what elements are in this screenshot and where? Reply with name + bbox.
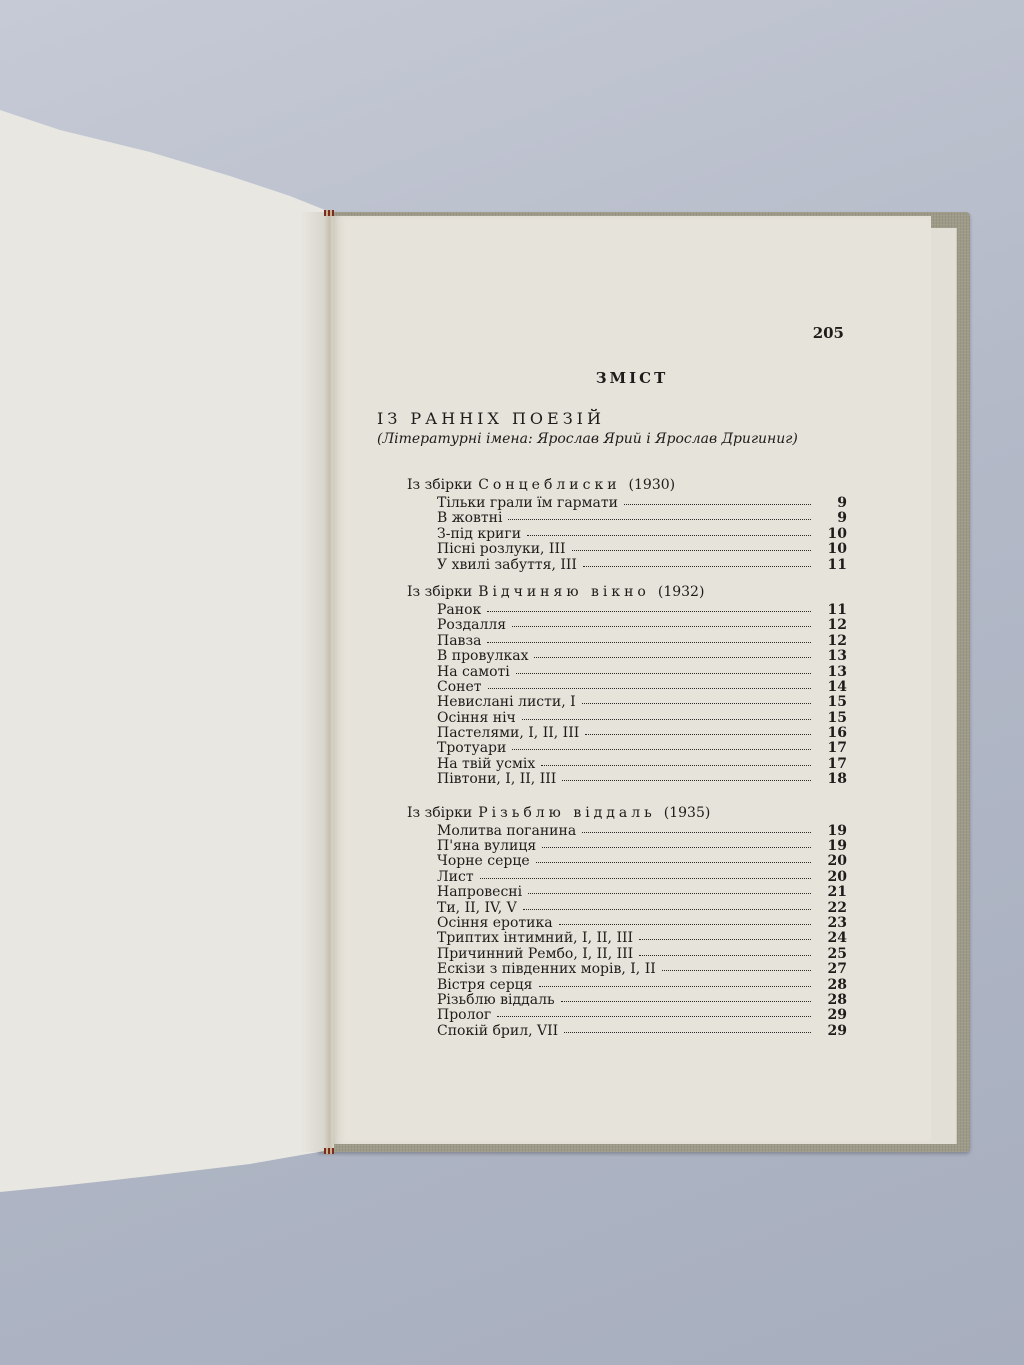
dot-leader — [624, 504, 811, 505]
entry-page-number: 29 — [825, 1024, 847, 1039]
dot-leader — [488, 688, 811, 689]
toc-entry[interactable]: Вістря серця 28 — [437, 978, 847, 993]
toc-entry[interactable]: В провулках 13 — [437, 649, 847, 664]
collection-name: Сонцеблиски — [478, 477, 620, 493]
entry-title: Тротуари — [437, 741, 512, 756]
entry-page-number: 27 — [825, 962, 847, 977]
entry-title: В провулках — [437, 649, 534, 664]
dot-leader — [562, 780, 811, 781]
entry-page-number: 15 — [825, 711, 847, 726]
entry-page-number: 16 — [825, 726, 847, 741]
toc-entry[interactable]: Роздалля 12 — [437, 618, 847, 633]
headband-bottom — [324, 1148, 334, 1154]
entry-title: Осіння ніч — [437, 711, 522, 726]
entry-page-number: 24 — [825, 931, 847, 946]
toc-body: Із збіркиСонцеблиски(1930) Тільки грали … — [407, 466, 847, 1045]
toc-entry[interactable]: Чорне серце 20 — [437, 854, 847, 869]
entry-title: Триптих інтимний, I, II, III — [437, 931, 639, 946]
toc-entry[interactable]: На самоті 13 — [437, 665, 847, 680]
entry-title: Роздалля — [437, 618, 512, 633]
toc-entry[interactable]: П'яна вулиця 19 — [437, 839, 847, 854]
entry-page-number: 21 — [825, 885, 847, 900]
page-number: 205 — [813, 324, 844, 342]
dot-leader — [639, 955, 811, 956]
toc-entry[interactable]: Лист 20 — [437, 870, 847, 885]
toc-entry[interactable]: Спокій брил, VII 29 — [437, 1024, 847, 1039]
entry-list: Ранок 11 Роздалля 12 Павза 12 В провулка… — [407, 603, 847, 788]
entry-page-number: 17 — [825, 741, 847, 756]
entry-page-number: 13 — [825, 649, 847, 664]
toc-entry[interactable]: У хвилі забуття, III 11 — [437, 558, 847, 573]
collection-prefix: Із збірки — [407, 584, 472, 600]
entry-title: П'яна вулиця — [437, 839, 542, 854]
toc-entry[interactable]: Напровесні 21 — [437, 885, 847, 900]
dot-leader — [534, 657, 811, 658]
dot-leader — [512, 626, 811, 627]
dot-leader — [542, 847, 811, 848]
entry-page-number: 29 — [825, 1008, 847, 1023]
dot-leader — [487, 611, 811, 612]
dot-leader — [487, 642, 811, 643]
dot-leader — [522, 719, 811, 720]
dot-leader — [585, 734, 811, 735]
collection-name: Відчиняю вікно — [478, 584, 650, 600]
entry-title: Ескізи з південних морів, I, II — [437, 962, 662, 977]
collection-name: Різьблю віддаль — [478, 805, 656, 821]
entry-title: Ти, II, IV, V — [437, 901, 523, 916]
toc-entry[interactable]: Молитва поганина 19 — [437, 824, 847, 839]
toc-entry[interactable]: Різьблю віддаль 28 — [437, 993, 847, 1008]
dot-leader — [582, 703, 811, 704]
collection-prefix: Із збірки — [407, 477, 472, 493]
dot-leader — [583, 566, 811, 567]
collection-year: (1935) — [664, 805, 711, 821]
dot-leader — [536, 862, 811, 863]
toc-entry[interactable]: Ранок 11 — [437, 603, 847, 618]
toc-entry[interactable]: Триптих інтимний, I, II, III 24 — [437, 931, 847, 946]
collection-heading: Із збіркиСонцеблиски(1930) — [407, 474, 847, 496]
entry-title: Різьблю віддаль — [437, 993, 561, 1008]
collection-heading: Із збіркиВідчиняю вікно(1932) — [407, 581, 847, 603]
dot-leader — [561, 1001, 811, 1002]
dot-leader — [559, 924, 811, 925]
dot-leader — [572, 550, 811, 551]
entry-page-number: 10 — [825, 527, 847, 542]
collection-year: (1930) — [629, 477, 676, 493]
entry-page-number: 11 — [825, 603, 847, 618]
collection-section: Із збіркиВідчиняю вікно(1932) Ранок 11 Р… — [407, 581, 847, 788]
toc-entry[interactable]: Осіння ніч 15 — [437, 711, 847, 726]
toc-entry[interactable]: Сонет 14 — [437, 680, 847, 695]
entry-page-number: 13 — [825, 665, 847, 680]
entry-title: Чорне серце — [437, 854, 536, 869]
collection-section: Із збіркиСонцеблиски(1930) Тільки грали … — [407, 474, 847, 573]
entry-title: На твій усміх — [437, 757, 541, 772]
entry-title: Напровесні — [437, 885, 528, 900]
entry-page-number: 17 — [825, 757, 847, 772]
entry-page-number: 10 — [825, 542, 847, 557]
entry-page-number: 20 — [825, 870, 847, 885]
entry-title: З-під криги — [437, 527, 527, 542]
part-subtitle: (Літературні імена: Ярослав Ярий і Яросл… — [377, 431, 798, 447]
entry-list: Молитва поганина 19 П'яна вулиця 19 Чорн… — [407, 824, 847, 1039]
toc-entry[interactable]: Пісні розлуки, III 10 — [437, 542, 847, 557]
entry-page-number: 19 — [825, 824, 847, 839]
entry-page-number: 18 — [825, 772, 847, 787]
entry-page-number: 22 — [825, 901, 847, 916]
entry-page-number: 20 — [825, 854, 847, 869]
toc-entry[interactable]: Ти, II, IV, V 22 — [437, 901, 847, 916]
toc-entry[interactable]: Осіння еротика 23 — [437, 916, 847, 931]
entry-title: Вістря серця — [437, 978, 539, 993]
entry-page-number: 23 — [825, 916, 847, 931]
entry-page-number: 25 — [825, 947, 847, 962]
toc-entry[interactable]: Тільки грали їм гармати 9 — [437, 496, 847, 511]
collection-year: (1932) — [658, 584, 705, 600]
toc-entry[interactable]: Невислані листи, I 15 — [437, 695, 847, 710]
dot-leader — [523, 909, 811, 910]
entry-title: У хвилі забуття, III — [437, 558, 583, 573]
entry-page-number: 12 — [825, 634, 847, 649]
toc-entry[interactable]: Павза 12 — [437, 634, 847, 649]
part-title: ІЗ РАННІХ ПОЕЗІЙ — [377, 409, 605, 428]
entry-title: В жовтні — [437, 511, 508, 526]
toc-title: ЗМІСТ — [333, 369, 931, 387]
dot-leader — [639, 939, 811, 940]
entry-title: Півтони, I, II, III — [437, 772, 562, 787]
dot-leader — [541, 765, 811, 766]
dot-leader — [528, 893, 811, 894]
entry-page-number: 11 — [825, 558, 847, 573]
dot-leader — [480, 878, 811, 879]
dot-leader — [497, 1016, 811, 1017]
entry-title: Лист — [437, 870, 480, 885]
dot-leader — [539, 986, 811, 987]
collection-section: Із збіркиРізьблю віддаль(1935) Молитва п… — [407, 802, 847, 1039]
entry-title: Невислані листи, I — [437, 695, 582, 710]
dot-leader — [527, 535, 811, 536]
entry-title: Пісні розлуки, III — [437, 542, 572, 557]
toc-entry[interactable]: В жовтні 9 — [437, 511, 847, 526]
entry-title: Пастелями, I, II, III — [437, 726, 585, 741]
toc-entry[interactable]: Півтони, I, II, III 18 — [437, 772, 847, 787]
entry-list: Тільки грали їм гармати 9 В жовтні 9 З-п… — [407, 496, 847, 573]
dot-leader — [662, 970, 811, 971]
toc-entry[interactable]: На твій усміх 17 — [437, 757, 847, 772]
entry-page-number: 9 — [825, 496, 847, 511]
entry-title: Причинний Рембо, I, II, III — [437, 947, 639, 962]
collection-heading: Із збіркиРізьблю віддаль(1935) — [407, 802, 847, 824]
dot-leader — [512, 749, 811, 750]
entry-page-number: 14 — [825, 680, 847, 695]
dot-leader — [508, 519, 811, 520]
entry-title: Ранок — [437, 603, 487, 618]
collection-prefix: Із збірки — [407, 805, 472, 821]
entry-title: Спокій брил, VII — [437, 1024, 564, 1039]
dot-leader — [516, 673, 811, 674]
entry-title: Пролог — [437, 1008, 497, 1023]
toc-entry[interactable]: Причинний Рембо, I, II, III 25 — [437, 947, 847, 962]
toc-entry[interactable]: Пастелями, I, II, III 16 — [437, 726, 847, 741]
dot-leader — [564, 1032, 811, 1033]
entry-page-number: 9 — [825, 511, 847, 526]
entry-page-number: 28 — [825, 978, 847, 993]
entry-page-number: 15 — [825, 695, 847, 710]
entry-page-number: 12 — [825, 618, 847, 633]
entry-title: Павза — [437, 634, 487, 649]
toc-entry[interactable]: Тротуари 17 — [437, 741, 847, 756]
toc-entry[interactable]: Пролог 29 — [437, 1008, 847, 1023]
entry-title: Сонет — [437, 680, 488, 695]
entry-page-number: 28 — [825, 993, 847, 1008]
toc-entry[interactable]: З-під криги 10 — [437, 527, 847, 542]
entry-title: На самоті — [437, 665, 516, 680]
dot-leader — [582, 832, 811, 833]
entry-title: Тільки грали їм гармати — [437, 496, 624, 511]
toc-entry[interactable]: Ескізи з південних морів, I, II 27 — [437, 962, 847, 977]
right-page: 205 ЗМІСТ ІЗ РАННІХ ПОЕЗІЙ (Літературні … — [333, 216, 931, 1144]
entry-title: Осіння еротика — [437, 916, 559, 931]
entry-page-number: 19 — [825, 839, 847, 854]
entry-title: Молитва поганина — [437, 824, 582, 839]
left-page — [0, 0, 330, 1365]
